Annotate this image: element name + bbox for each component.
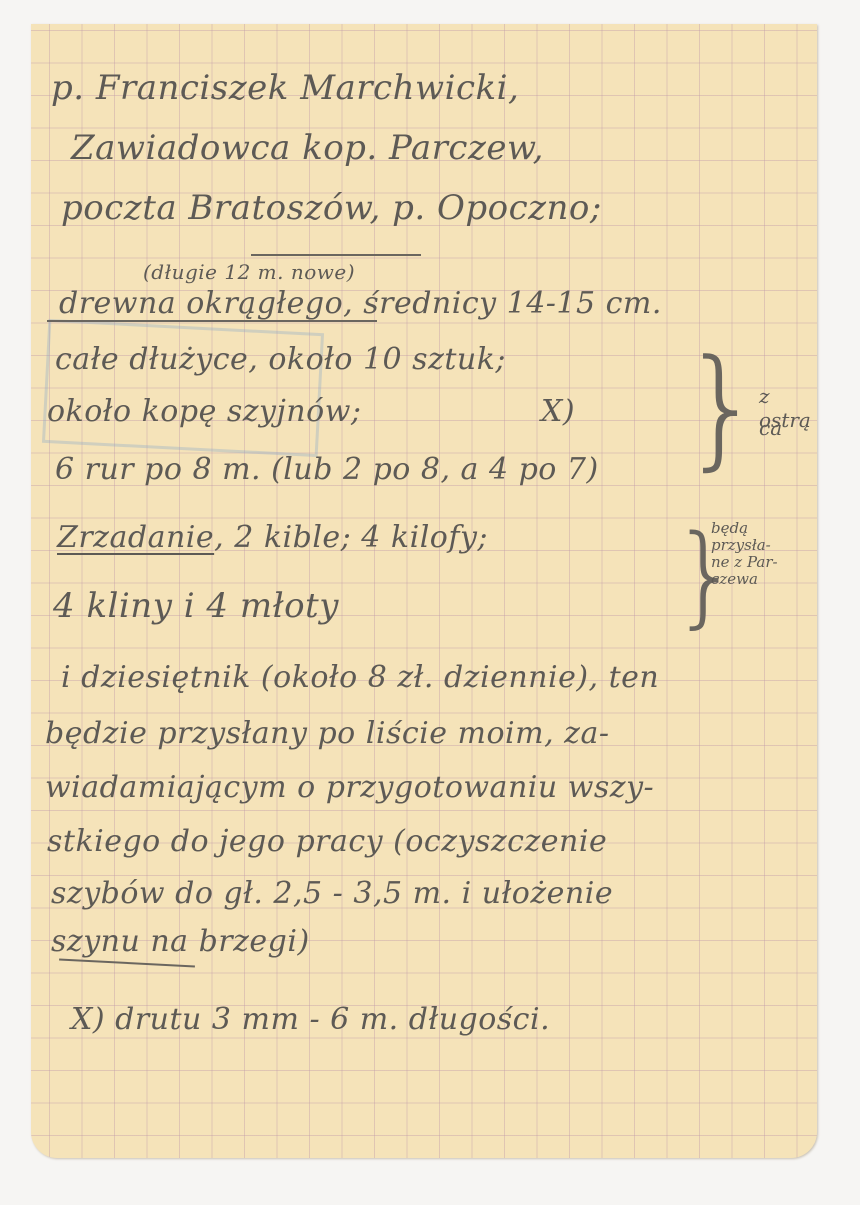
perforated-top-edge	[31, 18, 817, 26]
header-line-2: Zawiadowca kop. Parczew,	[71, 128, 544, 168]
footnote-marker: X)	[71, 1002, 105, 1037]
body-line-12: szynu na brzegi)	[51, 924, 310, 959]
footnote-line: X) drutu 3 mm - 6 m. długości.	[71, 1002, 550, 1037]
body-line-8: będzie przysłany po liście moim, za-	[45, 716, 610, 751]
underlined-word: Zrzadanie	[57, 520, 214, 555]
brace-note-1-b: ca	[759, 416, 782, 440]
insertion-mark	[251, 254, 421, 256]
footnote-separator	[59, 958, 195, 967]
header-line-3: poczta Bratoszów, p. Opoczno;	[61, 188, 602, 228]
body-line-2: całe dłużyce, około 10 sztuk;	[55, 342, 506, 377]
footnote-text: drutu 3 mm - 6 m. długości.	[115, 1002, 550, 1037]
insertion-above: (długie 12 m. nowe)	[143, 260, 355, 284]
body-line-4: 6 rur po 8 m. (lub 2 po 8, a 4 po 7)	[55, 452, 599, 487]
brace-note-2: będą przysła- ne z Par- czewa	[711, 520, 778, 588]
body-line-1: drewna okrągłego, średnicy 14-15 cm.	[59, 286, 662, 321]
header-line-1: p. Franciszek Marchwicki,	[51, 68, 519, 108]
footnote-marker-inline: X)	[541, 394, 575, 429]
note-paper: p. Franciszek Marchwicki, Zawiadowca kop…	[31, 24, 817, 1158]
body-line-11: szybów do gł. 2,5 - 3,5 m. i ułożenie	[51, 876, 613, 911]
underline-rule	[47, 320, 377, 322]
body-line-5-rest: , 2 kible; 4 kilofy;	[214, 520, 488, 555]
body-line-6: 4 kliny i 4 młoty	[53, 586, 339, 626]
body-line-3: około kopę szyjnów;	[47, 394, 361, 429]
brace-note-2-line-2: przysła-	[711, 537, 778, 554]
brace-group-1: }	[681, 342, 764, 472]
body-line-5: Zrzadanie, 2 kible; 4 kilofy;	[57, 520, 488, 555]
body-line-9: wiadamiającym o przygotowaniu wszy-	[45, 770, 654, 805]
faded-stamp	[42, 319, 324, 457]
body-line-7: i dziesiętnik (około 8 zł. dziennie), te…	[61, 660, 659, 695]
brace-note-2-line-4: czewa	[711, 571, 778, 588]
body-line-10: stkiego do jego pracy (oczyszczenie	[47, 824, 607, 859]
brace-note-2-line-1: będą	[711, 520, 778, 537]
brace-note-2-line-3: ne z Par-	[711, 554, 778, 571]
